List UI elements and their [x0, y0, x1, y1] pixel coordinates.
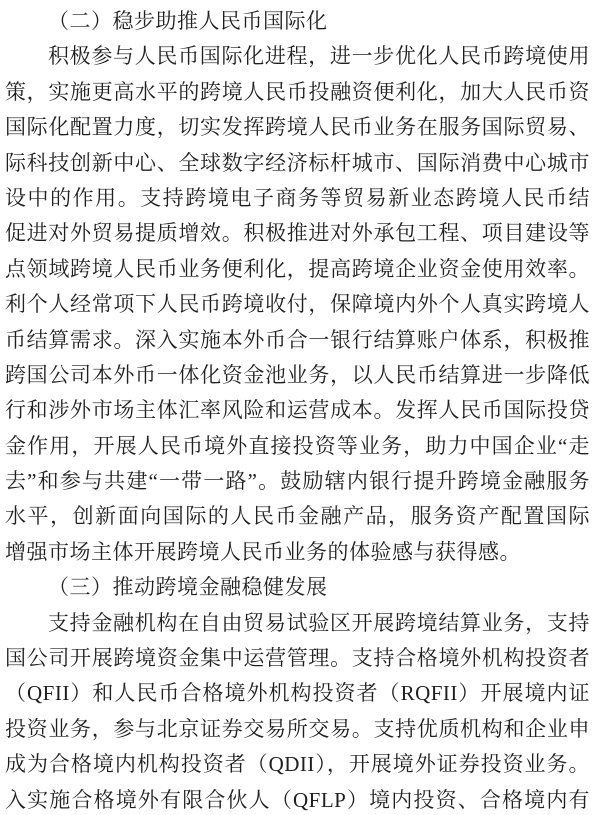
- section-heading: （三）推动跨境金融稳健发展: [5, 570, 590, 605]
- text-line: 水平，创新面向国际的人民币金融产品，服务资产配置国际化，: [5, 499, 590, 534]
- text-line: 币结算需求。深入实施本外币合一银行结算账户体系，积极推进: [5, 323, 590, 358]
- text-line: 行和涉外市场主体汇率风险和运营成本。发挥人民币国际投贷基: [5, 393, 590, 428]
- document-body: （二）稳步助推人民币国际化积极参与人民币国际化进程，进一步优化人民币跨境使用政策…: [5, 4, 590, 815]
- text-line: 国公司开展跨境资金集中运营管理。支持合格境外机构投资者: [5, 641, 590, 676]
- text-line: 际科技创新中心、全球数字经济标杆城市、国际消费中心城市建: [5, 146, 590, 181]
- section-heading: （二）稳步助推人民币国际化: [5, 4, 590, 39]
- text-line: 增强市场主体开展跨境人民币业务的体验感与获得感。: [5, 535, 590, 570]
- text-line: 跨国公司本外币一体化资金池业务，以人民币结算进一步降低银: [5, 358, 590, 393]
- text-line: 金作用，开展人民币境外直接投资等业务，助力中国企业“走出: [5, 429, 590, 464]
- text-line: 支持金融机构在自由贸易试验区开展跨境结算业务，支持跨: [5, 606, 590, 641]
- text-line: 投资业务，参与北京证券交易所交易。支持优质机构和企业申请: [5, 712, 590, 747]
- document-page: （二）稳步助推人民币国际化积极参与人民币国际化进程，进一步优化人民币跨境使用政策…: [0, 0, 596, 815]
- text-line: 入实施合格境外有限合伙人（QFLP）境内投资、合格境内有限合: [5, 783, 590, 815]
- text-line: （QFII）和人民币合格境外机构投资者（RQFII）开展境内证券: [5, 676, 590, 711]
- text-line: 点领域跨境人民币业务便利化，提高跨境企业资金使用效率。便: [5, 252, 590, 287]
- text-line: 成为合格境内机构投资者（QDII），开展境外证券投资业务。深: [5, 747, 590, 782]
- text-line: 促进对外贸易提质增效。积极推进对外承包工程、项目建设等重: [5, 216, 590, 251]
- text-line: 策，实施更高水平的跨境人民币投融资便利化，加大人民币资产: [5, 75, 590, 110]
- text-line: 利个人经常项下人民币跨境收付，保障境内外个人真实跨境人民: [5, 287, 590, 322]
- text-line: 设中的作用。支持跨境电子商务等贸易新业态跨境人民币结算，: [5, 181, 590, 216]
- text-line: 国际化配置力度，切实发挥跨境人民币业务在服务国际贸易、国: [5, 110, 590, 145]
- text-line: 去”和参与共建“一带一路”。鼓励辖内银行提升跨境金融服务: [5, 464, 590, 499]
- text-line: 积极参与人民币国际化进程，进一步优化人民币跨境使用政: [5, 39, 590, 74]
